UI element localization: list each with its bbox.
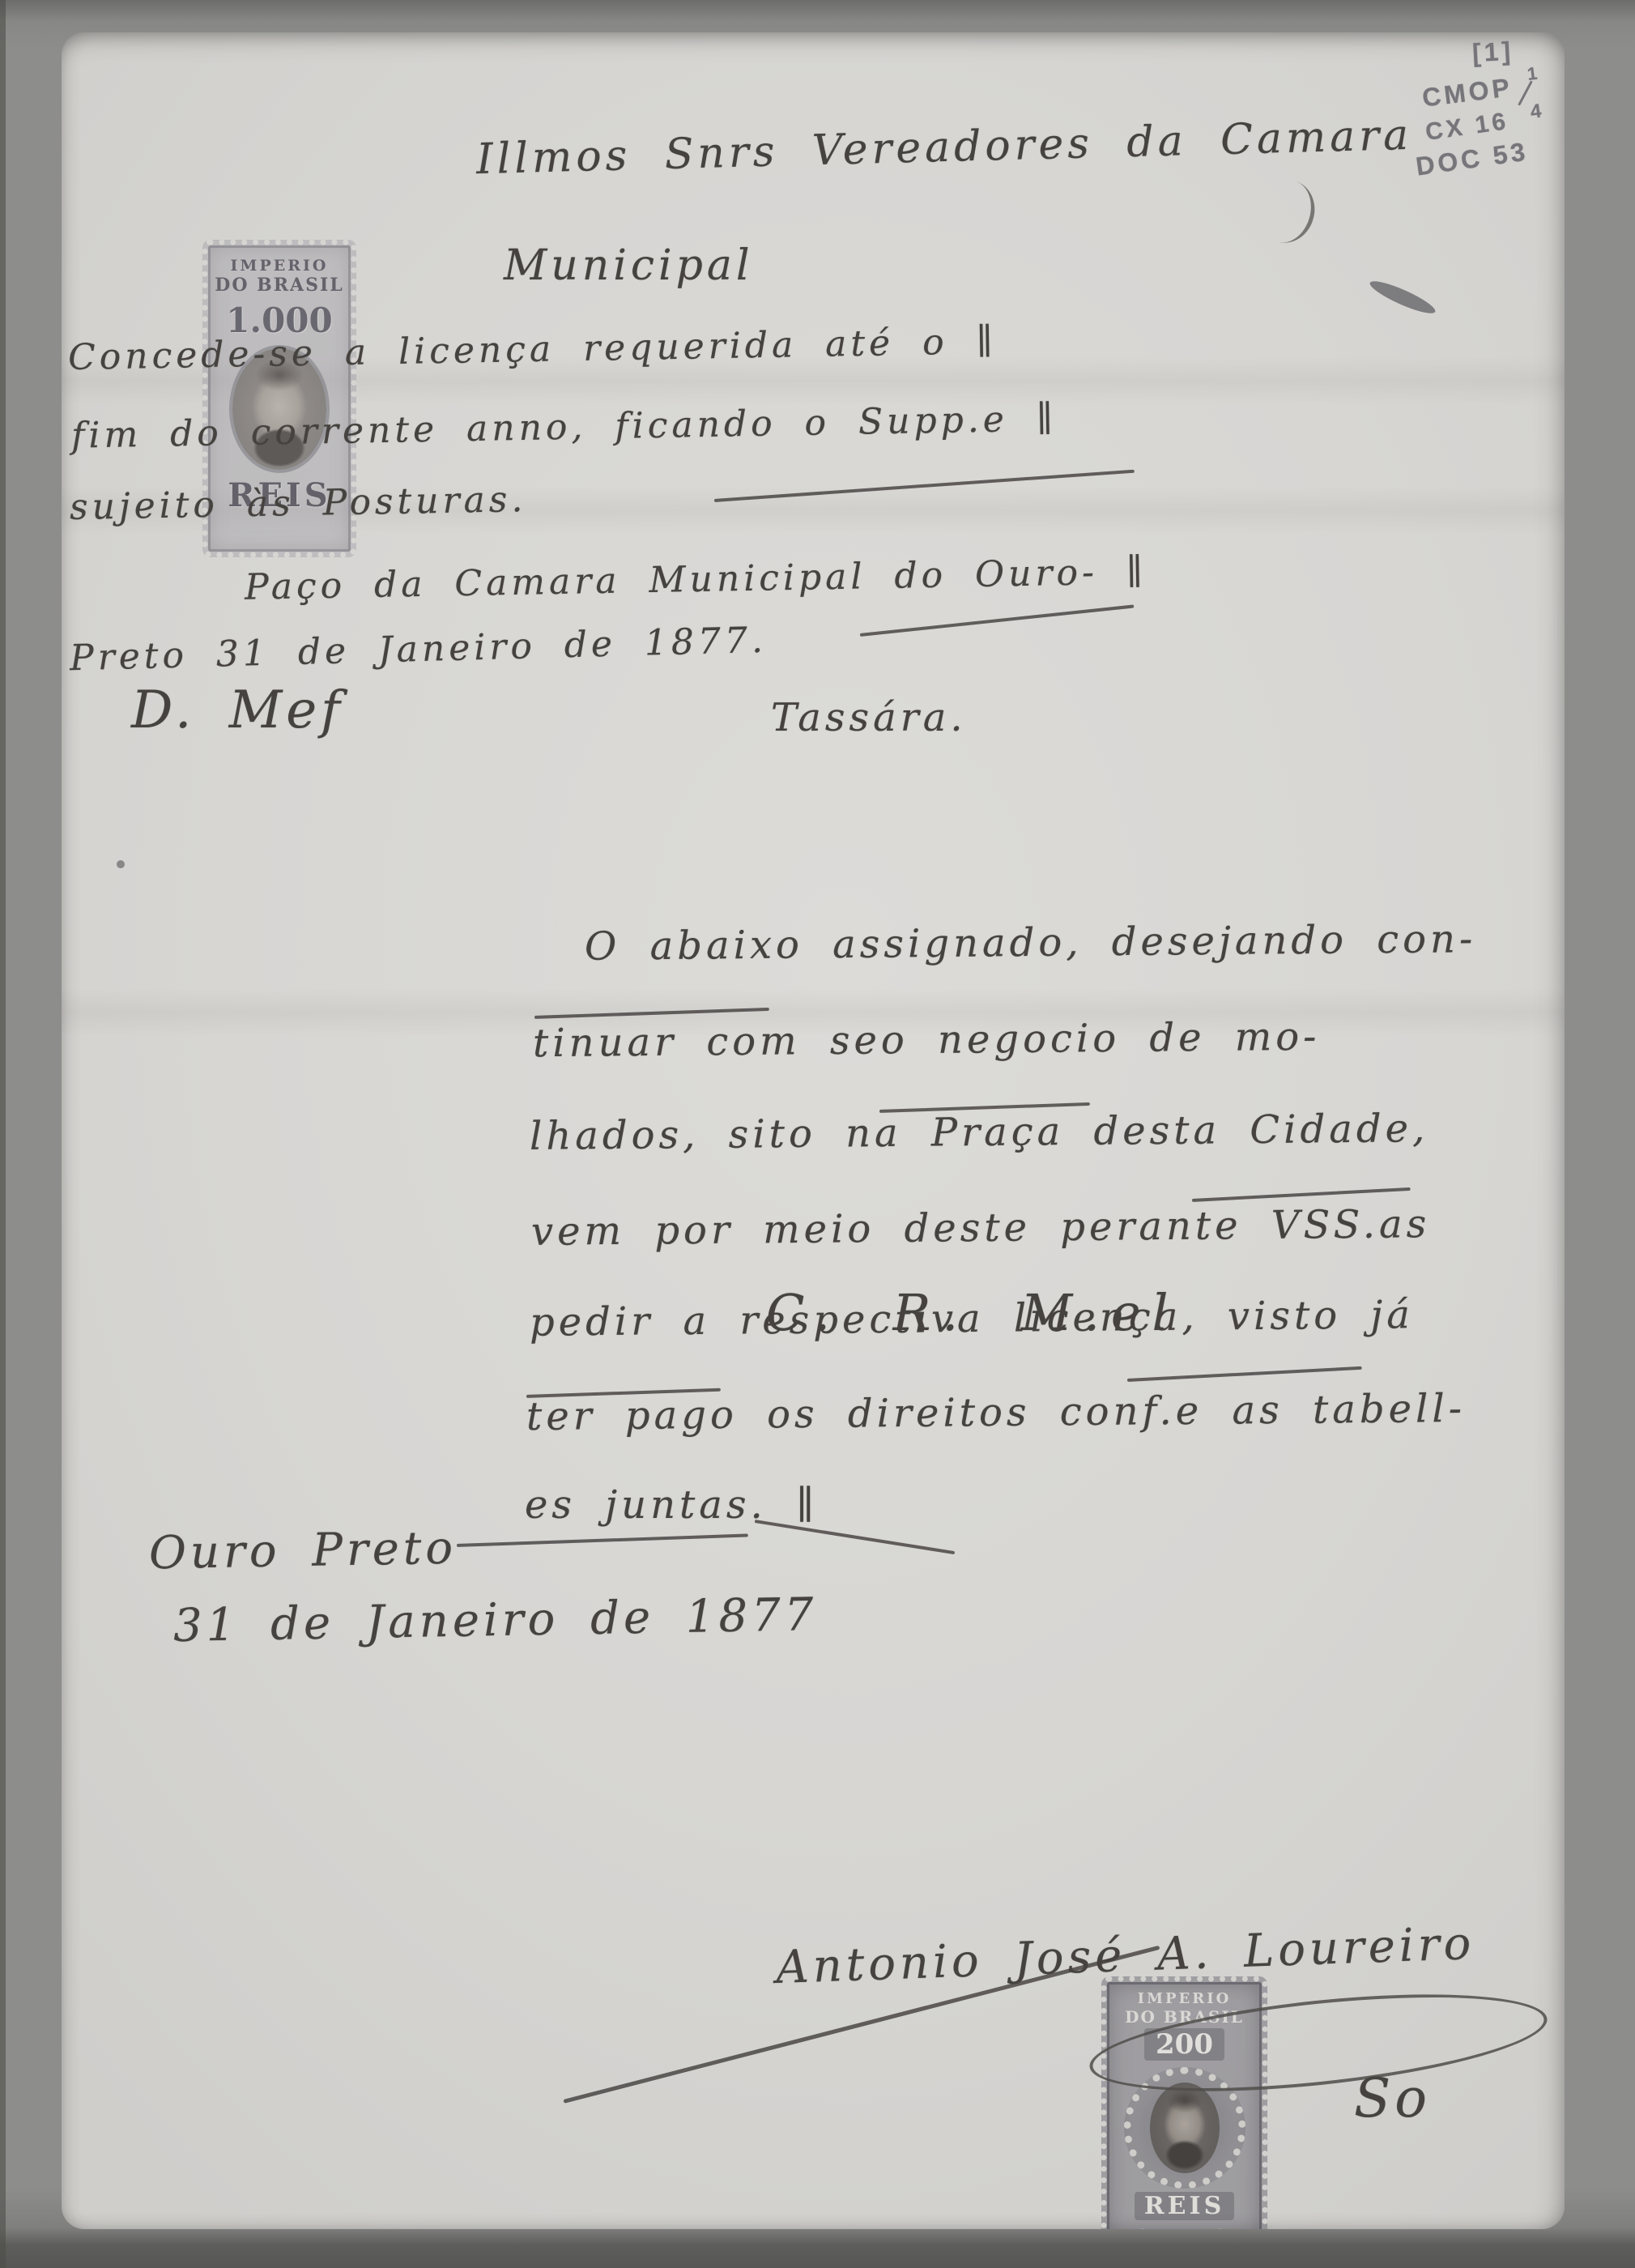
stamp-unit: REIS	[1135, 2192, 1235, 2220]
archival-fraction-denominator: 4	[1529, 100, 1546, 124]
pen-crossbar-stroke	[1192, 1187, 1411, 1202]
stamp-sello-label: SELLO	[1107, 2225, 1262, 2229]
archival-fund-code: CMOP	[1420, 72, 1514, 113]
emperor-portrait	[1150, 2083, 1220, 2173]
petition-line: vem por meio deste perante VSS.as	[531, 1201, 1431, 1255]
ink-smudge	[1367, 276, 1438, 318]
archival-fraction-numerator: 1	[1526, 62, 1541, 85]
stamp-empire-text: IMPERIO	[208, 257, 351, 275]
pen-flourish-curl	[1251, 173, 1322, 249]
pen-flourish-dash	[755, 1520, 956, 1554]
petition-line: lhados, sito na Praça desta Cidade,	[530, 1106, 1429, 1159]
petition-line: es juntas. ∥	[525, 1482, 818, 1528]
stamp-empire-text: IMPERIO	[1107, 1990, 1262, 2007]
petitioner-initials-signature: C. R. M.el	[766, 1283, 1179, 1342]
dispatch-line: sujeito às Posturas.	[70, 479, 527, 528]
heading-line-2: Municipal	[504, 241, 754, 290]
closing-signature-rubric: So	[1354, 2067, 1431, 2129]
dispatch-line: Preto 31 de Janeiro de 1877.	[69, 620, 767, 680]
pen-crossbar-stroke	[1127, 1366, 1362, 1382]
petition-line: ter pago os direitos conf.e as tabell-	[526, 1386, 1466, 1439]
dispatch-line: Paço da Camara Municipal do Ouro- ∥	[245, 551, 1147, 607]
ink-dot	[117, 860, 125, 868]
stamp-empire-text: DO BRASIL	[208, 275, 351, 296]
heading-line-1: Illmos Snrs Vereadores da Camara	[475, 111, 1412, 184]
pen-flourish-dash	[457, 1533, 748, 1547]
petition-line: O abaixo assignado, desejando con-	[585, 916, 1477, 970]
petition-line: tinuar com seo negocio de mo-	[533, 1014, 1321, 1066]
scanner-edge-shadow	[0, 0, 6, 2268]
dispatch-signature-president: D. Mef	[131, 680, 344, 740]
dispatch-signature-secretary: Tassára.	[771, 695, 967, 740]
dateline-date: 31 de Janeiro de 1877	[172, 1588, 817, 1652]
document-paper: [1] CMOP 1 4 CX 16 DOC 53 IMPERIO DO BRA…	[62, 32, 1565, 2229]
archival-item-number: [1]	[1471, 36, 1514, 69]
scanned-document: [1] CMOP 1 4 CX 16 DOC 53 IMPERIO DO BRA…	[0, 0, 1635, 2268]
dateline-place: Ouro Preto	[148, 1522, 457, 1580]
pen-flourish-dash	[860, 604, 1135, 637]
